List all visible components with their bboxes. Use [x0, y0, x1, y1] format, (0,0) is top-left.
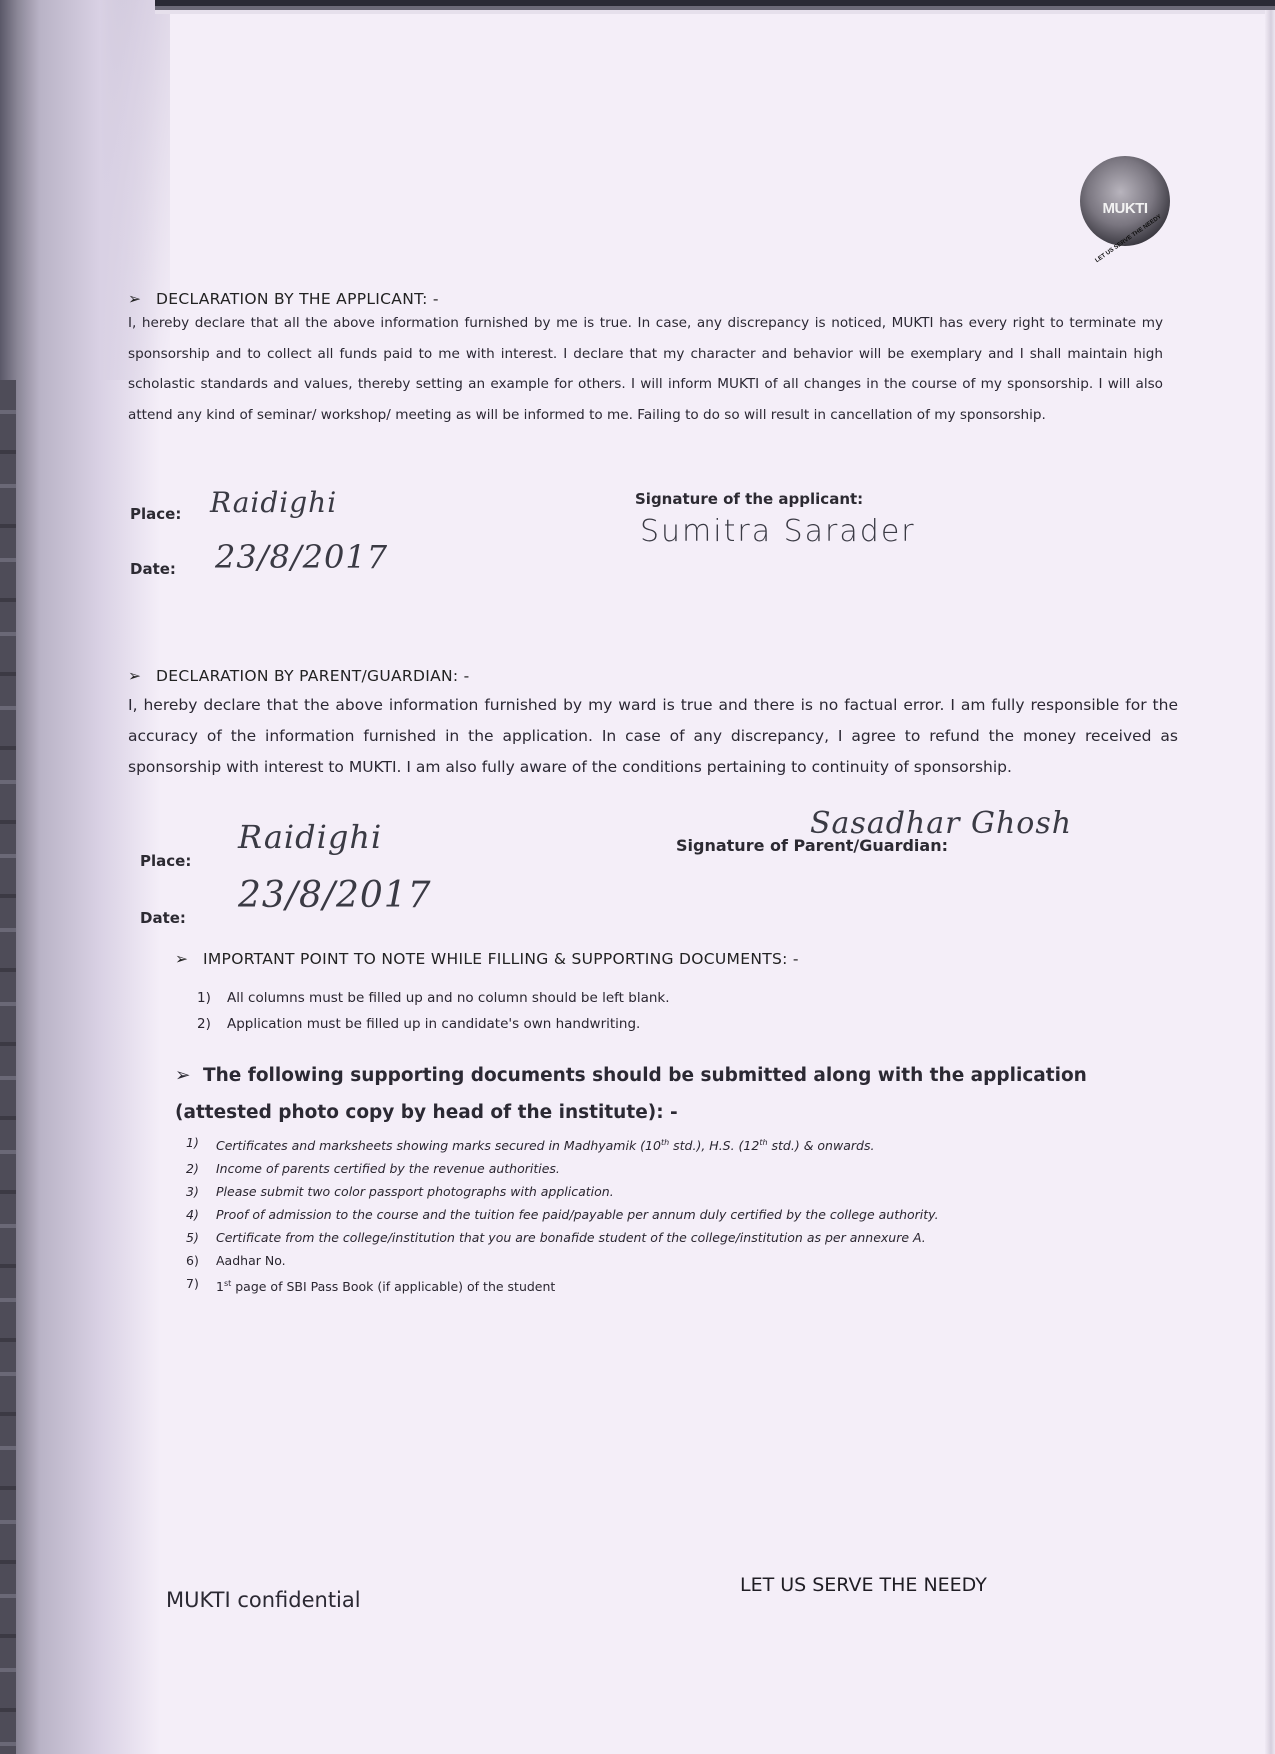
scan-top-border: [155, 0, 1275, 14]
page-stack-edge: [0, 380, 16, 1754]
guardian-declaration-text: I, hereby declare that the above informa…: [128, 690, 1178, 783]
list-item-number: 2): [186, 1157, 216, 1180]
globe-logo-icon: [1080, 156, 1170, 246]
list-item-text: Income of parents certified by the reven…: [216, 1157, 560, 1180]
important-points-list: 1)All columns must be filled up and no c…: [197, 985, 670, 1037]
bullet-arrow-icon: ➢: [175, 950, 203, 968]
important-points-heading: ➢IMPORTANT POINT TO NOTE WHILE FILLING &…: [175, 950, 799, 968]
heading-text: DECLARATION BY PARENT/GUARDIAN: -: [156, 667, 470, 685]
heading-text: IMPORTANT POINT TO NOTE WHILE FILLING & …: [203, 950, 799, 968]
list-item-number: 7): [186, 1272, 216, 1298]
guardian-signature-label: Signature of Parent/Guardian:: [676, 836, 948, 855]
guardian-date-value: 23/8/2017: [238, 875, 432, 916]
list-item: 1)Certificates and marksheets showing ma…: [186, 1131, 939, 1157]
list-item-text: Certificate from the college/institution…: [216, 1226, 926, 1249]
list-item-number: 5): [186, 1226, 216, 1249]
applicant-place-label: Place:: [130, 505, 181, 523]
guardian-declaration-heading: ➢DECLARATION BY PARENT/GUARDIAN: -: [128, 667, 470, 685]
supporting-documents-list: 1)Certificates and marksheets showing ma…: [186, 1131, 939, 1298]
guardian-date-label: Date:: [140, 909, 186, 927]
list-item: 3)Please submit two color passport photo…: [186, 1180, 939, 1203]
applicant-declaration-text: I, hereby declare that all the above inf…: [128, 308, 1163, 430]
applicant-signature-value: Sumitra Sarader: [640, 514, 916, 549]
applicant-date-label: Date:: [130, 560, 176, 578]
list-item-text: Certificates and marksheets showing mark…: [216, 1131, 874, 1157]
heading-text: The following supporting documents shoul…: [175, 1065, 1087, 1123]
mukti-logo: MUKTI LET US SERVE THE NEEDY: [1080, 156, 1170, 246]
guardian-place-label: Place:: [140, 852, 191, 870]
list-item-number: 3): [186, 1180, 216, 1203]
scan-right-edge: [1265, 10, 1275, 1754]
bullet-arrow-icon: ➢: [128, 667, 156, 685]
list-item: 5)Certificate from the college/instituti…: [186, 1226, 939, 1249]
list-item: 1)All columns must be filled up and no c…: [197, 985, 670, 1011]
footer-tagline: LET US SERVE THE NEEDY: [740, 1574, 987, 1596]
list-item: 2)Income of parents certified by the rev…: [186, 1157, 939, 1180]
list-item-number: 6): [186, 1249, 216, 1272]
applicant-place-value: Raidighi: [210, 486, 337, 519]
list-item-number: 2): [197, 1011, 227, 1037]
supporting-documents-heading: ➢The following supporting documents shou…: [175, 1057, 1175, 1131]
footer-confidential: MUKTI confidential: [166, 1588, 361, 1612]
applicant-declaration-heading: ➢DECLARATION BY THE APPLICANT: -: [128, 290, 439, 308]
list-item-text: 1st page of SBI Pass Book (if applicable…: [216, 1272, 555, 1298]
bullet-arrow-icon: ➢: [128, 290, 156, 308]
list-item-text: All columns must be filled up and no col…: [227, 985, 670, 1011]
list-item-text: Application must be filled up in candida…: [227, 1011, 640, 1037]
applicant-signature-label: Signature of the applicant:: [635, 490, 863, 508]
guardian-place-value: Raidighi: [238, 818, 382, 856]
binding-shadow: [0, 0, 160, 1754]
list-item-number: 1): [186, 1131, 216, 1157]
list-item-number: 4): [186, 1203, 216, 1226]
list-item-text: Proof of admission to the course and the…: [216, 1203, 939, 1226]
list-item: 6)Aadhar No.: [186, 1249, 939, 1272]
heading-text: DECLARATION BY THE APPLICANT: -: [156, 290, 439, 308]
list-item-number: 1): [197, 985, 227, 1011]
bullet-arrow-icon: ➢: [175, 1057, 203, 1094]
list-item: 2)Application must be filled up in candi…: [197, 1011, 670, 1037]
list-item: 7)1st page of SBI Pass Book (if applicab…: [186, 1272, 939, 1298]
applicant-date-value: 23/8/2017: [215, 538, 388, 576]
list-item-text: Please submit two color passport photogr…: [216, 1180, 614, 1203]
list-item: 4)Proof of admission to the course and t…: [186, 1203, 939, 1226]
list-item-text: Aadhar No.: [216, 1249, 286, 1272]
